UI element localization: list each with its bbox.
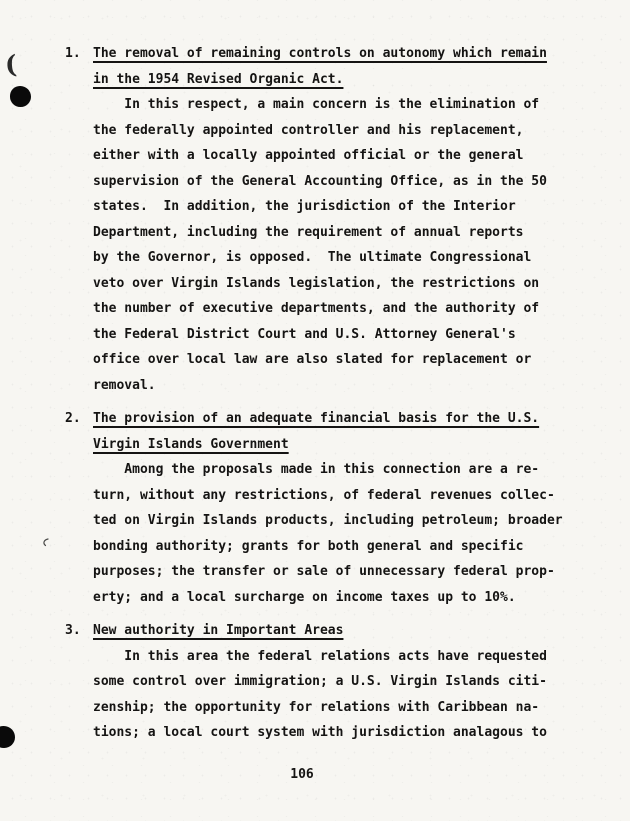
- item-number: 2.: [65, 406, 93, 610]
- document-page: ( 1.The removal of remaining controls on…: [0, 0, 630, 821]
- body-text-line: removal.: [93, 373, 630, 399]
- list-item: 2.The provision of an adequate financial…: [65, 406, 630, 610]
- body-text-line: ted on Virgin Islands products, includin…: [93, 508, 630, 534]
- pencil-mark-icon: [41, 532, 50, 551]
- handwritten-paren-mark: (: [4, 50, 18, 80]
- body-text-line: by the Governor, is opposed. The ultimat…: [93, 245, 630, 271]
- body-text-line: the federally appointed controller and h…: [93, 118, 630, 144]
- item-number: 1.: [65, 41, 93, 398]
- body-text-line: purposes; the transfer or sale of unnece…: [93, 559, 630, 585]
- list-item: 1.The removal of remaining controls on a…: [65, 41, 630, 398]
- document-items: 1.The removal of remaining controls on a…: [0, 0, 630, 746]
- body-text-line: erty; and a local surcharge on income ta…: [93, 585, 630, 611]
- body-text-line: some control over immigration; a U.S. Vi…: [93, 669, 630, 695]
- item-heading-line: The removal of remaining controls on aut…: [93, 41, 630, 67]
- body-text-line: the number of executive departments, and…: [93, 296, 630, 322]
- body-text-line: Department, including the requirement of…: [93, 220, 630, 246]
- body-text-line: the Federal District Court and U.S. Atto…: [93, 322, 630, 348]
- body-text-line: states. In addition, the jurisdiction of…: [93, 194, 630, 220]
- item-heading-line: New authority in Important Areas: [93, 618, 630, 644]
- item-number: 3.: [65, 618, 93, 746]
- page-number: 106: [0, 762, 604, 788]
- hole-punch-mark: [10, 86, 31, 107]
- item-heading-line: The provision of an adequate financial b…: [93, 406, 630, 432]
- body-text-line: bonding authority; grants for both gener…: [93, 534, 630, 560]
- body-text-line: In this respect, a main concern is the e…: [93, 92, 630, 118]
- body-text-line: supervision of the General Accounting Of…: [93, 169, 630, 195]
- body-text-line: zenship; the opportunity for relations w…: [93, 695, 630, 721]
- body-text-line: office over local law are also slated fo…: [93, 347, 630, 373]
- body-text-line: Among the proposals made in this connect…: [93, 457, 630, 483]
- body-text-line: either with a locally appointed official…: [93, 143, 630, 169]
- body-text-line: In this area the federal relations acts …: [93, 644, 630, 670]
- list-item: 3.New authority in Important Areas In th…: [65, 618, 630, 746]
- body-text-line: turn, without any restrictions, of feder…: [93, 483, 630, 509]
- body-text-line: tions; a local court system with jurisdi…: [93, 720, 630, 746]
- item-heading-line: in the 1954 Revised Organic Act.: [93, 67, 630, 93]
- item-heading-line: Virgin Islands Government: [93, 432, 630, 458]
- body-text-line: veto over Virgin Islands legislation, th…: [93, 271, 630, 297]
